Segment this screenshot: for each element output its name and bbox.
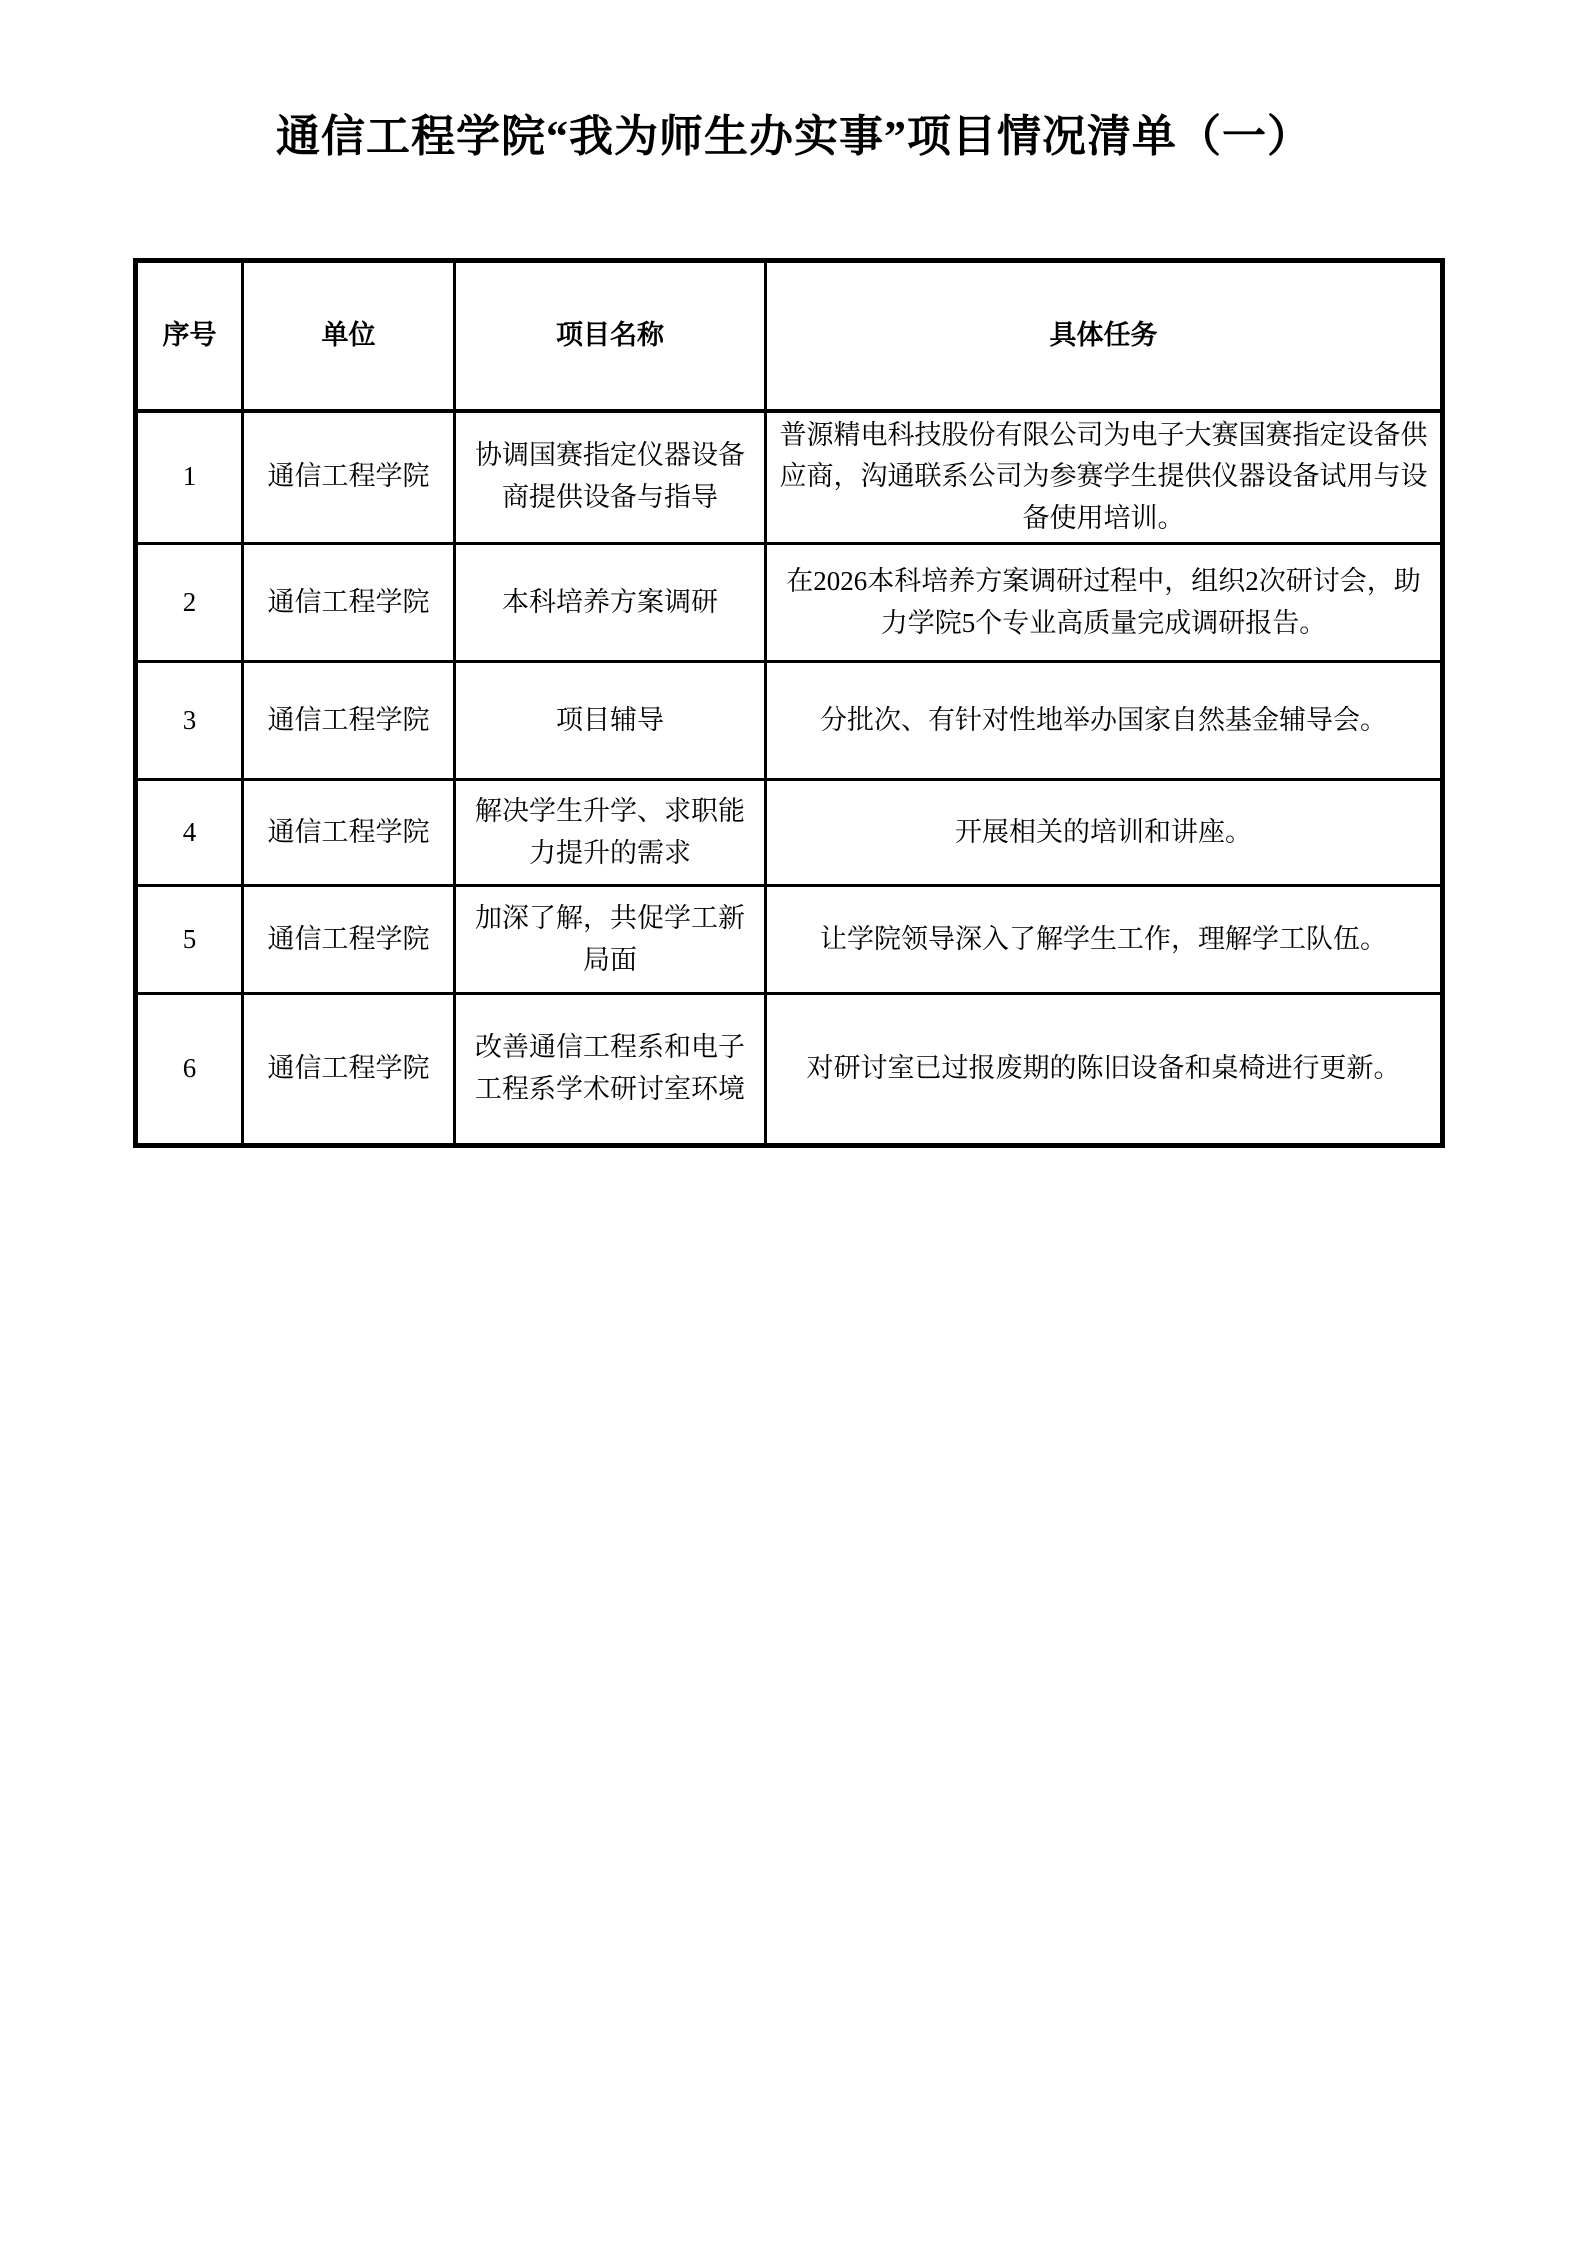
header-row: 序号 单位 项目名称 具体任务 (136, 261, 1443, 411)
cell-no: 6 (136, 994, 243, 1146)
cell-unit: 通信工程学院 (243, 780, 455, 886)
cell-no: 4 (136, 780, 243, 886)
table-row: 2 通信工程学院 本科培养方案调研 在2026本科培养方案调研过程中，组织2次研… (136, 544, 1443, 662)
page-title: 通信工程学院“我为师生办实事”项目情况清单（一） (0, 0, 1588, 162)
col-header-unit: 单位 (243, 261, 455, 411)
cell-project: 改善通信工程系和电子工程系学术研讨室环境 (455, 994, 766, 1146)
table-row: 1 通信工程学院 协调国赛指定仪器设备商提供设备与指导 普源精电科技股份有限公司… (136, 411, 1443, 544)
col-header-no: 序号 (136, 261, 243, 411)
cell-no: 3 (136, 662, 243, 780)
cell-no: 5 (136, 886, 243, 994)
cell-project: 本科培养方案调研 (455, 544, 766, 662)
cell-project: 协调国赛指定仪器设备商提供设备与指导 (455, 411, 766, 544)
cell-unit: 通信工程学院 (243, 994, 455, 1146)
cell-no: 2 (136, 544, 243, 662)
cell-task: 开展相关的培训和讲座。 (766, 780, 1443, 886)
table-row: 4 通信工程学院 解决学生升学、求职能力提升的需求 开展相关的培训和讲座。 (136, 780, 1443, 886)
col-header-project: 项目名称 (455, 261, 766, 411)
cell-project: 项目辅导 (455, 662, 766, 780)
cell-unit: 通信工程学院 (243, 886, 455, 994)
col-header-task: 具体任务 (766, 261, 1443, 411)
cell-project: 加深了解，共促学工新局面 (455, 886, 766, 994)
cell-task: 普源精电科技股份有限公司为电子大赛国赛指定设备供应商，沟通联系公司为参赛学生提供… (766, 411, 1443, 544)
cell-unit: 通信工程学院 (243, 411, 455, 544)
table-row: 5 通信工程学院 加深了解，共促学工新局面 让学院领导深入了解学生工作，理解学工… (136, 886, 1443, 994)
cell-task: 让学院领导深入了解学生工作，理解学工队伍。 (766, 886, 1443, 994)
table-row: 6 通信工程学院 改善通信工程系和电子工程系学术研讨室环境 对研讨室已过报废期的… (136, 994, 1443, 1146)
cell-task: 对研讨室已过报废期的陈旧设备和桌椅进行更新。 (766, 994, 1443, 1146)
cell-unit: 通信工程学院 (243, 662, 455, 780)
cell-project: 解决学生升学、求职能力提升的需求 (455, 780, 766, 886)
cell-task: 分批次、有针对性地举办国家自然基金辅导会。 (766, 662, 1443, 780)
table-row: 3 通信工程学院 项目辅导 分批次、有针对性地举办国家自然基金辅导会。 (136, 662, 1443, 780)
cell-unit: 通信工程学院 (243, 544, 455, 662)
projects-table: 序号 单位 项目名称 具体任务 1 通信工程学院 协调国赛指定仪器设备商提供设备… (133, 258, 1445, 1148)
cell-task: 在2026本科培养方案调研过程中，组织2次研讨会，助力学院5个专业高质量完成调研… (766, 544, 1443, 662)
cell-no: 1 (136, 411, 243, 544)
